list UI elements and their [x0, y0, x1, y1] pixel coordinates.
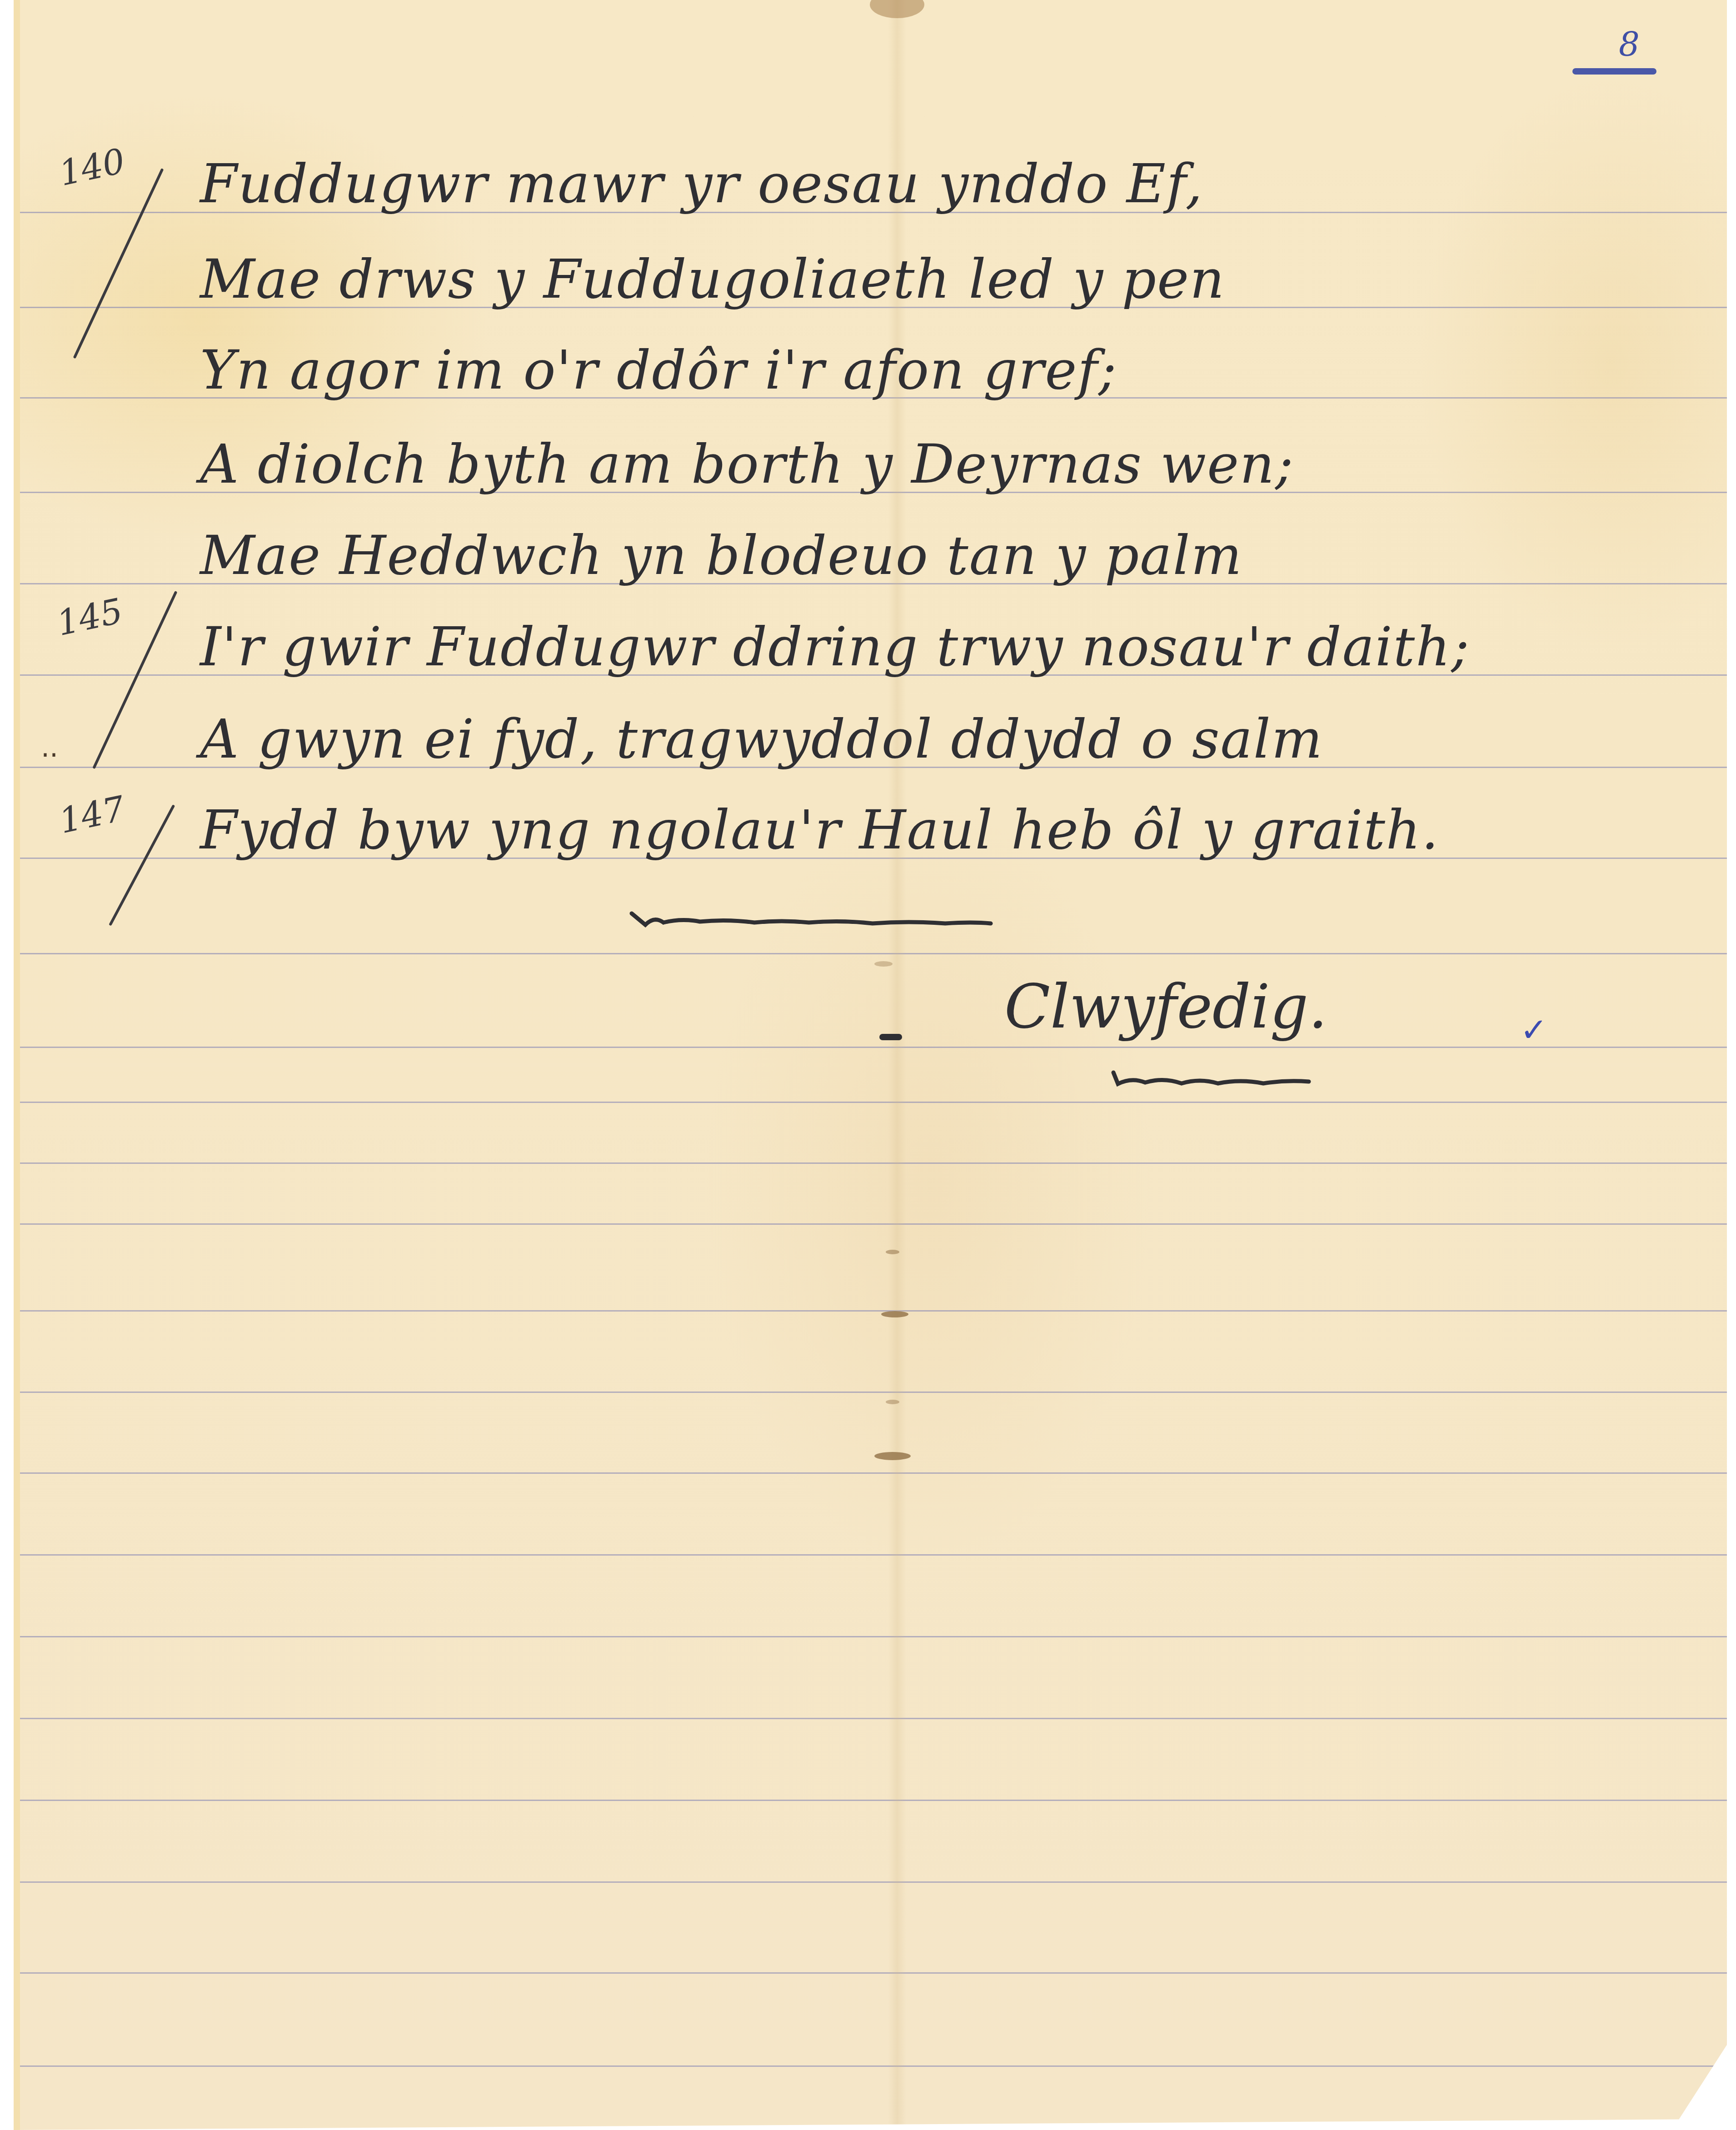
ruled-line — [20, 1881, 1727, 1883]
ruled-line — [20, 1554, 1727, 1556]
ruled-line — [20, 1047, 1727, 1048]
paper-fold — [888, 0, 906, 2130]
verse-line: I'r gwir Fuddugwr ddring trwy nosau'r da… — [200, 620, 1470, 673]
ruled-line — [20, 1472, 1727, 1474]
paper-stain — [870, 0, 924, 18]
ruled-line — [20, 1223, 1727, 1225]
paper-tear — [886, 1400, 899, 1404]
author-signature: Clwyfedig. — [1004, 977, 1327, 1037]
verse-line: Fydd byw yng ngolau'r Haul heb ôl y grai… — [200, 803, 1439, 857]
signature-dash — [879, 1034, 902, 1040]
paper-tear — [874, 961, 893, 967]
paper-tear — [886, 1250, 899, 1254]
ruled-line — [20, 2065, 1727, 2067]
verse-line: A diolch byth am borth y Deyrnas wen; — [200, 437, 1294, 491]
paper-tear — [874, 1452, 911, 1460]
paper-tear — [881, 1311, 908, 1317]
ruled-line — [20, 1102, 1727, 1103]
ruled-line — [20, 953, 1727, 954]
page-number: 8 — [1586, 28, 1672, 61]
ruled-line — [20, 1718, 1727, 1719]
margin-marks: .. — [41, 734, 58, 761]
page-number-underline — [1572, 68, 1656, 75]
ruled-line — [20, 1162, 1727, 1164]
ruled-line — [20, 1972, 1727, 1974]
verse-line: Mae Heddwch yn blodeuo tan y palm — [200, 529, 1242, 582]
check-mark-icon: ✓ — [1520, 1013, 1547, 1046]
underline-flourish — [627, 900, 1000, 936]
ruled-line — [20, 1636, 1727, 1637]
ruled-line — [20, 1800, 1727, 1801]
ruled-line — [20, 1310, 1727, 1312]
verse-line: A gwyn ei fyd, tragwyddol ddydd o salm — [200, 712, 1323, 766]
verse-line: Mae drws y Fuddugoliaeth led y pen — [200, 252, 1225, 306]
ruled-line — [20, 1392, 1727, 1393]
manuscript-page — [14, 0, 1727, 2130]
verse-line: Fuddugwr mawr yr oesau ynddo Ef, — [200, 157, 1203, 210]
signature-flourish — [1109, 1063, 1336, 1100]
verse-line: Yn agor im o'r ddôr i'r afon gref; — [200, 343, 1117, 397]
